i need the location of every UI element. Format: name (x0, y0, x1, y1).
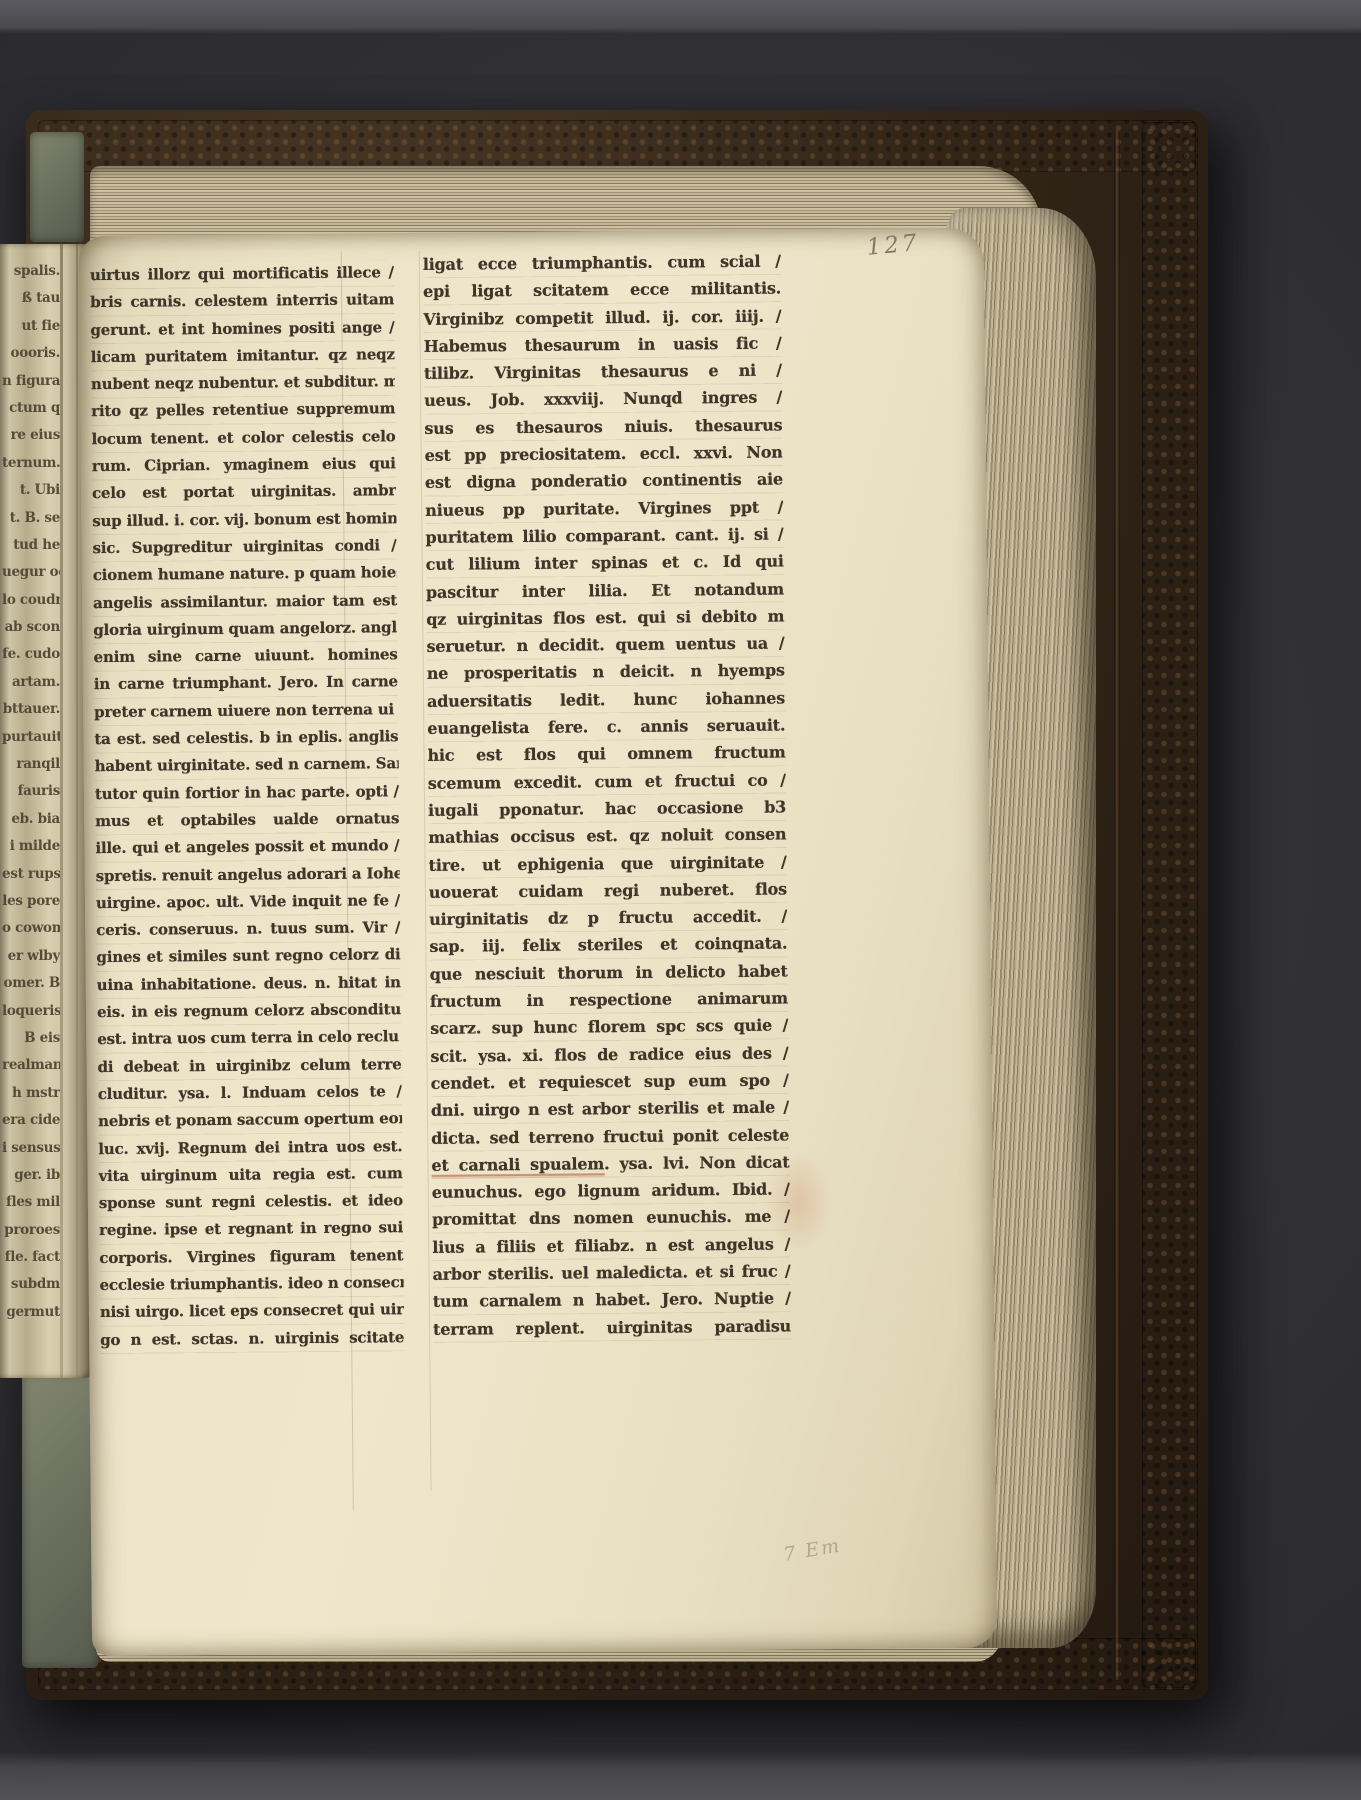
folio-number: 127 (866, 230, 921, 261)
text-line: bris carnis. celestem interris uitam (90, 286, 394, 316)
text-line: epi ligat scitatem ecce militantis. (423, 275, 781, 306)
text-line: scemum excedit. cum et fructui co / (428, 766, 786, 797)
text-line: fructum in respectione animarum (430, 984, 788, 1015)
text-line: Habemus thesaurum in uasis fic / (424, 329, 782, 360)
text-line: gines et similes sunt regno celorz di (96, 942, 400, 972)
text-line: licam puritatem imitantur. qz neqz (91, 341, 395, 371)
text-line: ne prosperitatis n deicit. n hyemps (427, 657, 785, 688)
text-line: gerunt. et int homines positi ange / (90, 314, 394, 344)
text-line: regine. ipse et regnant in regno sui (99, 1215, 403, 1245)
text-line: vita uirginum uita regia est. cum (98, 1160, 402, 1190)
text-line: hic est flos qui omnem fructum (427, 739, 785, 770)
text-column-right: ligat ecce triumphantis. cum scial /epi … (423, 247, 792, 1346)
text-line: sic. Supgreditur uirginitas condi / (92, 532, 396, 562)
text-line: promittat dns nomen eunuchis. me / (432, 1203, 790, 1234)
text-line: aduersitatis ledit. hunc iohannes (427, 684, 785, 715)
text-line: celo est portat uirginitas. ambr (92, 478, 396, 508)
text-line: sponse sunt regni celestis. et ideo (99, 1187, 403, 1217)
text-line: uirgine. apoc. ult. Vide inquit ne fe / (96, 887, 400, 917)
text-line: seruetur. n decidit. quem uentus ua / (426, 630, 784, 661)
text-line: ta est. sed celestis. b in eplis. anglis (94, 723, 398, 753)
text-line: enim sine carne uiuunt. homines (93, 641, 397, 671)
text-line: euangelista fere. c. annis seruauit. (427, 711, 785, 742)
photo-background: spalis.ß tauut fieoooris.n figuractum qr… (0, 0, 1361, 1800)
text-line: puritatem lilio comparant. cant. ij. si … (425, 520, 783, 551)
text-line: tire. ut ephigenia que uirginitate / (428, 848, 786, 879)
text-line: ligat ecce triumphantis. cum scial / (423, 247, 781, 278)
text-line: sus es thesauros niuis. thesaurus (424, 411, 782, 442)
text-line: uina inhabitatione. deus. n. hitat in (97, 969, 401, 999)
text-line: est digna ponderatio continentis aie (425, 466, 783, 497)
text-line: niueus pp puritate. Virgines ppt / (425, 493, 783, 524)
text-line: in carne triumphant. Jero. In carne (94, 669, 398, 699)
text-line: eis. in eis regnum celorz absconditu (97, 996, 401, 1026)
text-line: terram replent. uirginitas paradisu (433, 1312, 791, 1343)
text-line: Virginibz competit illud. ij. cor. iiij.… (423, 302, 781, 333)
text-line: nisi uirgo. licet eps consecret qui uir (100, 1296, 404, 1326)
text-line: ueus. Job. xxxviij. Nunqd ingres / (424, 384, 782, 415)
text-line: dicta. sed terreno fructui ponit celeste (431, 1121, 789, 1152)
text-line: que nesciuit thorum in delicto habet (430, 957, 788, 988)
text-line: est. intra uos cum terra in celo reclu / (97, 1023, 401, 1053)
text-line: iugali pponatur. hac occasione b3 (428, 793, 786, 824)
text-line: cionem humane nature. p quam hoies (93, 559, 397, 589)
text-line: scarz. sup hunc florem spc scs quie / (430, 1012, 788, 1043)
text-line: sap. iij. felix steriles et coinqnata. (429, 930, 787, 961)
text-line: uirginitatis dz p fructu accedit. / (429, 903, 787, 934)
text-line: uouerat cuidam regi nuberet. flos (429, 875, 787, 906)
text-line: preter carnem uiuere non terrena ui / (94, 696, 398, 726)
text-line: qz uirginitas flos est. qui si debito m (426, 602, 784, 633)
text-column-left: uirtus illorz qui mortificatis illece /b… (90, 259, 405, 1358)
text-line: spretis. renuit angelus adorari a Iohe (96, 860, 400, 890)
text-line: corporis. Virgines figuram tenent (99, 1242, 403, 1272)
text-line: mathias occisus est. qz noluit consen (428, 821, 786, 852)
text-line: rum. Ciprian. ymaginem eius qui (92, 450, 396, 480)
text-line: nubent neqz nubentur. et subditur. me / (91, 368, 395, 398)
text-line: ecclesie triumphantis. ideo n consecrat (100, 1269, 404, 1299)
text-line: dni. uirgo n est arbor sterilis et male … (431, 1094, 789, 1125)
text-line: scit. ysa. xi. flos de radice eius des / (430, 1039, 788, 1070)
manuscript-page-group: uirtus illorz qui mortificatis illece /b… (0, 0, 1361, 1800)
text-line: tutor quin fortior in hac parte. opti / (95, 778, 399, 808)
text-line: est pp preciositatem. eccl. xxvi. Non (425, 439, 783, 470)
red-underlined-phrase: et carnali spualem (431, 1154, 604, 1177)
text-line: eunuchus. ego lignum aridum. Ibid. / (432, 1176, 790, 1207)
text-line: ceris. conseruus. n. tuus sum. Vir / (96, 914, 400, 944)
text-line: lius a filiis et filiabz. n est angelus … (432, 1230, 790, 1261)
text-line: rito qz pelles retentiue suppremum (91, 396, 395, 426)
text-line: cendet. et requiescet sup eum spo / (431, 1066, 789, 1097)
text-line: di debeat in uirginibz celum terre (97, 1051, 401, 1081)
text-line: luc. xvij. Regnum dei intra uos est. (98, 1133, 402, 1163)
text-line: angelis assimilantur. maior tam est (93, 587, 397, 617)
text-line: ille. qui et angeles possit et mundo / (95, 832, 399, 862)
text-line: arbor sterilis. uel maledicta. et si fru… (432, 1257, 790, 1288)
text-line: sup illud. i. cor. vij. bonum est homini (92, 505, 396, 535)
text-line: uirtus illorz qui mortificatis illece / (90, 259, 394, 289)
text-line: habent uirginitate. sed n carnem. Sane (95, 751, 399, 781)
text-line: cut lilium inter spinas et c. Id qui (426, 548, 784, 579)
text-line: cluditur. ysa. l. Induam celos te / (98, 1078, 402, 1108)
text-line: locum tenent. et color celestis celo (91, 423, 395, 453)
text-line: tilibz. Virginitas thesaurus e ni / (424, 357, 782, 388)
text-line: nebris et ponam saccum opertum eorz. (98, 1105, 402, 1135)
text-line: mus et optabiles ualde ornatus (95, 805, 399, 835)
text-line: go n est. sctas. n. uirginis scitate (100, 1324, 404, 1354)
text-line: pascitur inter lilia. Et notandum (426, 575, 784, 606)
text-line: gloria uirginum quam angelorz. angli (93, 614, 397, 644)
text-line: et carnali spualem. ysa. lvi. Non dicat (431, 1148, 789, 1179)
text-line: tum carnalem n habet. Jero. Nuptie / (433, 1285, 791, 1316)
